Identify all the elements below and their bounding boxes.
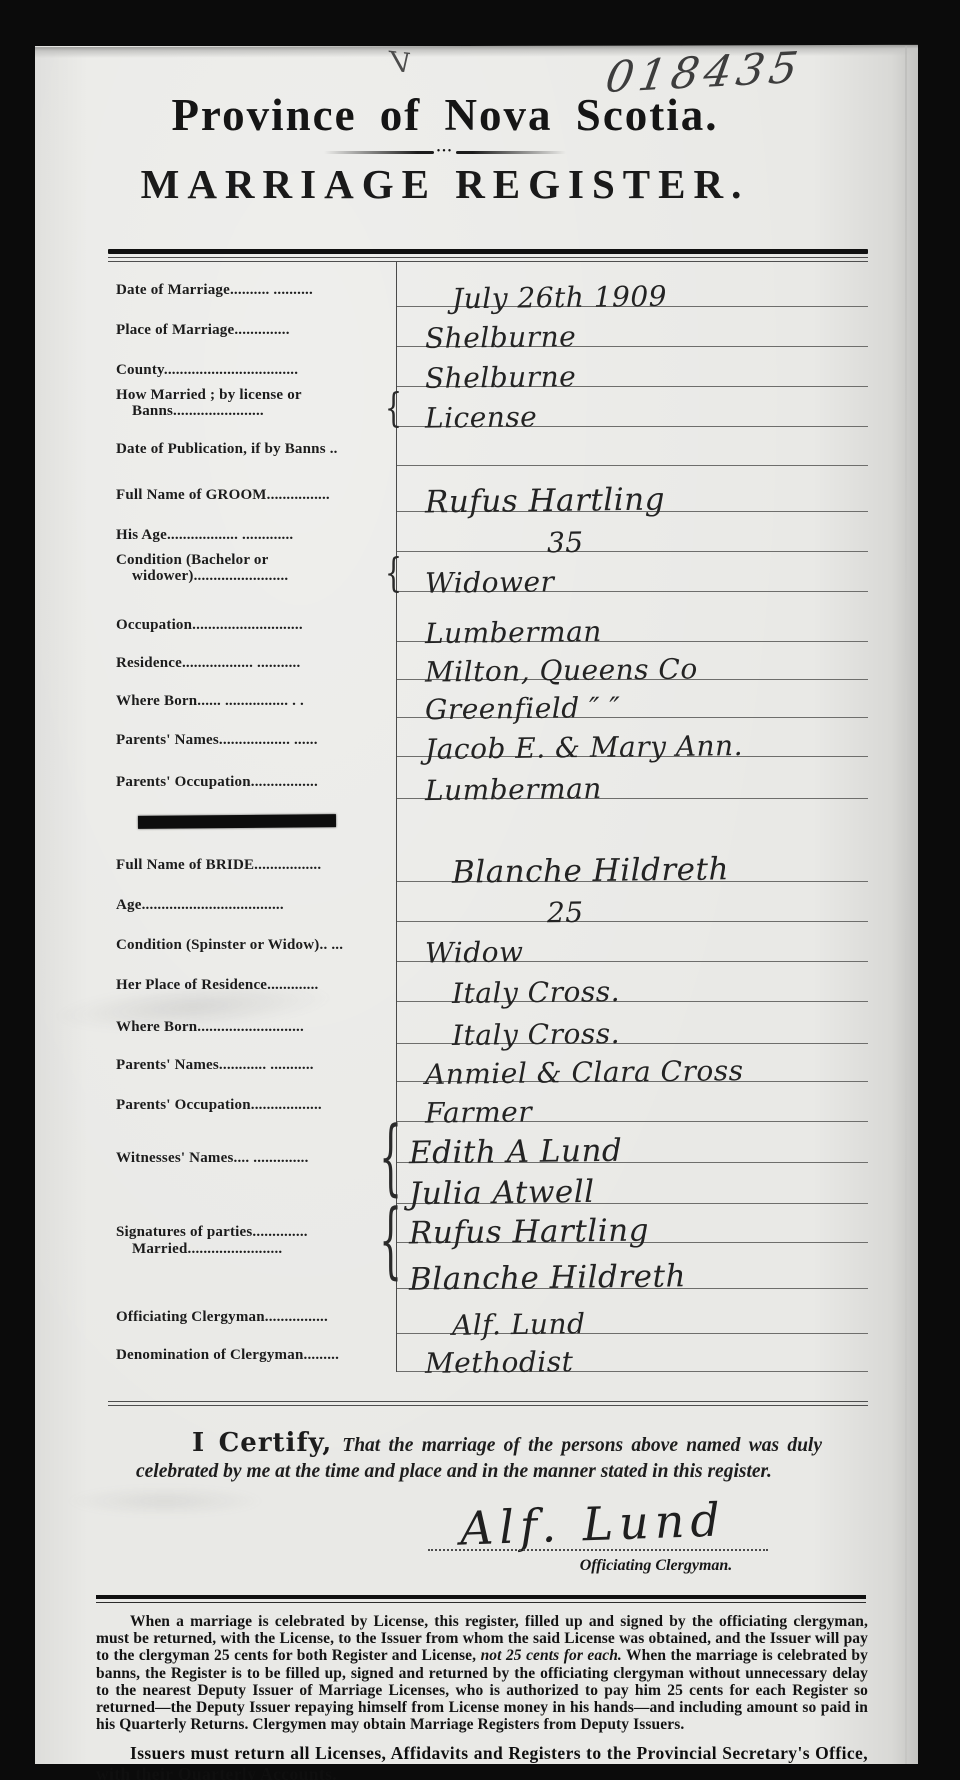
field-label: Where Born...... ................ . . <box>108 680 397 718</box>
field-label-text: Residence.................. ........... <box>116 655 384 672</box>
table-row: Full Name of GROOM................ Rufus… <box>108 466 868 512</box>
field-label: Residence.................. ........... <box>108 642 397 680</box>
paper-fold-line <box>905 46 907 1764</box>
brace-icon: { <box>385 550 402 597</box>
field-value: July 26th 1909 <box>397 262 868 307</box>
register-form: Date of Marriage.......... .......... Ju… <box>108 262 868 1398</box>
field-label-text: Where Born...... ................ . . <box>116 693 384 710</box>
writing-line: Julia Atwell <box>397 1163 868 1204</box>
field-label-text: How Married ; by license or <box>116 387 384 403</box>
field-value: Rufus Hartling Blanche Hildreth <box>397 1202 868 1287</box>
field-value: Methodist <box>397 1334 868 1372</box>
field-label-text: Parents' Names............ ........... <box>116 1057 384 1074</box>
table-row: Age.................................... … <box>108 882 868 922</box>
writing-line <box>397 427 868 466</box>
table-row: Her Place of Residence............. Ital… <box>108 962 868 1002</box>
writing-line: Shelburne <box>397 347 868 387</box>
field-label-text: Where Born........................... <box>116 1019 384 1036</box>
return-notice: Issuers must return all Licenses, Affida… <box>96 1743 868 1780</box>
field-value: Edith A Lund Julia Atwell <box>397 1122 868 1202</box>
field-label-text: Condition (Spinster or Widow).. ... <box>116 937 384 954</box>
field-value: Widower <box>397 552 868 592</box>
field-value <box>397 427 868 466</box>
table-row: Place of Marriage.............. Shelburn… <box>108 307 868 347</box>
field-value: Milton, Queens Co <box>397 642 868 680</box>
field-label: Officiating Clergyman................ <box>108 1287 397 1334</box>
field-label: Denomination of Clergyman......... <box>108 1334 397 1372</box>
field-value: Shelburne <box>397 307 868 347</box>
field-label-text: Her Place of Residence............. <box>116 977 384 994</box>
field-label: Date of Marriage.......... .......... <box>108 262 397 307</box>
table-row: Parents' Names.................. ...... … <box>108 718 868 757</box>
document-content: Province of Nova Scotia. ••• MARRIAGE RE… <box>35 46 918 1780</box>
writing-line: Blanche Hildreth <box>397 1243 868 1289</box>
field-value: Alf. Lund <box>397 1287 868 1334</box>
field-label-text: Condition (Bachelor or <box>116 552 384 568</box>
table-row: Where Born........................... It… <box>108 1002 868 1044</box>
field-label: Place of Marriage.............. <box>108 307 397 347</box>
table-row: Residence.................. ........... … <box>108 642 868 680</box>
ornamental-divider: ••• <box>315 149 575 155</box>
table-row: Witnesses' Names.... .............. { Ed… <box>108 1122 868 1202</box>
black-bar <box>138 814 336 829</box>
table-row: Condition (Spinster or Widow).. ... Wido… <box>108 922 868 962</box>
field-label-text: His Age.................. ............. <box>116 527 384 544</box>
divider-line <box>456 151 566 154</box>
page-title: MARRIAGE REGISTER. <box>108 161 782 208</box>
certification-paragraph: I Certify,That the marriage of the perso… <box>136 1430 822 1485</box>
field-label-text: Parents' Names.................. ...... <box>116 732 384 749</box>
field-label-text: County.................................. <box>116 362 384 379</box>
field-label: Witnesses' Names.... .............. { <box>108 1122 397 1202</box>
field-label-text: Witnesses' Names.... .............. <box>116 1150 384 1167</box>
instructions-emphasis: not 25 cents for each. <box>481 1647 622 1664</box>
field-value: Widow <box>397 922 868 962</box>
field-label-text: Date of Marriage.......... .......... <box>116 282 384 299</box>
field-value: 35 <box>397 512 868 552</box>
field-label: Age.................................... <box>108 882 397 922</box>
field-value <box>397 799 868 841</box>
field-label-text: Age.................................... <box>116 897 384 914</box>
divider-line <box>324 151 434 154</box>
field-label-text: Occupation............................ <box>116 617 384 634</box>
field-value: Farmer <box>397 1082 868 1122</box>
field-value: Italy Cross. <box>397 962 868 1002</box>
table-row: Officiating Clergyman................ Al… <box>108 1287 868 1334</box>
section-divider <box>108 799 397 841</box>
table-row: Occupation............................ L… <box>108 592 868 642</box>
field-label: Parents' Names............ ........... <box>108 1044 397 1082</box>
scanned-document-page: { "scan": { "check_mark": "V", "serial_n… <box>0 0 960 1780</box>
field-label-text: Parents' Occupation.................. <box>116 1097 384 1114</box>
field-label: Full Name of BRIDE................. <box>108 841 397 882</box>
section-divider-row <box>108 799 868 841</box>
table-row: His Age.................. ............. … <box>108 512 868 552</box>
writing-line: 35 <box>397 512 868 552</box>
signature-dotted-line <box>428 1549 768 1551</box>
table-row: Where Born...... ................ . . Gr… <box>108 680 868 718</box>
writing-line: Rufus Hartling <box>397 466 868 512</box>
field-label: Her Place of Residence............. <box>108 962 397 1002</box>
table-row: County..................................… <box>108 347 868 387</box>
writing-line: Lumberman <box>397 592 868 642</box>
writing-line: 25 <box>397 882 868 922</box>
field-value: 25 <box>397 882 868 922</box>
field-label: How Married ; by license or Banns.......… <box>108 387 397 427</box>
paper-sheet: V 018435 Province of Nova Scotia. ••• MA… <box>35 46 918 1764</box>
brace-icon: { <box>385 385 402 432</box>
table-row: Date of Marriage.......... .......... Ju… <box>108 262 868 307</box>
field-value: Lumberman <box>397 592 868 642</box>
writing-line: Italy Cross. <box>397 962 868 1002</box>
writing-line: Greenfield ″ ″ <box>397 680 868 718</box>
table-row: Parents' Occupation.................. Fa… <box>108 1082 868 1122</box>
writing-line: Lumberman <box>397 757 868 799</box>
writing-line: License <box>397 387 868 427</box>
field-label: Date of Publication, if by Banns .. <box>108 427 397 466</box>
writing-line: Rufus Hartling <box>397 1202 868 1243</box>
writing-line: Shelburne <box>397 307 868 347</box>
writing-line: Widower <box>397 552 868 592</box>
field-label-text: Signatures of parties.............. <box>116 1224 384 1241</box>
clergyman-signature: Alf. Lund <box>459 1492 727 1555</box>
field-value: Anmiel & Clara Cross <box>397 1044 868 1082</box>
field-label-text: Denomination of Clergyman......... <box>116 1347 384 1364</box>
field-label-text: Place of Marriage.............. <box>116 322 384 339</box>
field-label-text: Date of Publication, if by Banns .. <box>116 441 384 458</box>
field-label: Parents' Names.................. ...... <box>108 718 397 757</box>
blank-space <box>397 799 868 841</box>
field-label: Full Name of GROOM................ <box>108 466 397 512</box>
field-label: County.................................. <box>108 347 397 387</box>
table-row: Parents' Names............ ........... A… <box>108 1044 868 1082</box>
table-row: Date of Publication, if by Banns .. <box>108 427 868 466</box>
field-label-text: Banns....................... <box>116 403 384 419</box>
instructions-paragraph: When a marriage is celebrated by License… <box>96 1613 868 1733</box>
rule-heavy <box>96 1595 866 1603</box>
field-label: Condition (Spinster or Widow).. ... <box>108 922 397 962</box>
table-row: Signatures of parties.............. Marr… <box>108 1202 868 1287</box>
field-label: Condition (Bachelor or widower).........… <box>108 552 397 592</box>
field-label: Parents' Occupation................. <box>108 757 397 799</box>
rule-double <box>108 1401 868 1406</box>
field-value: Greenfield ″ ″ <box>397 680 868 718</box>
field-label: Where Born........................... <box>108 1002 397 1044</box>
field-label-text: Officiating Clergyman................ <box>116 1309 384 1326</box>
field-label-text: Full Name of BRIDE................. <box>116 857 384 874</box>
brace-icon: { <box>379 1194 402 1288</box>
field-label-text: Parents' Occupation................. <box>116 774 384 791</box>
brace-icon: { <box>379 1111 402 1205</box>
table-row: Condition (Bachelor or widower).........… <box>108 552 868 592</box>
field-value: Lumberman <box>397 757 868 799</box>
writing-line: Milton, Queens Co <box>397 642 868 680</box>
signature-block: Alf. Lund Officiating Clergyman. <box>108 1485 868 1581</box>
table-row: Full Name of BRIDE................. Blan… <box>108 841 868 882</box>
writing-line: July 26th 1909 <box>397 262 868 307</box>
rule-thick <box>108 249 868 254</box>
field-value: Jacob E. & Mary Ann. <box>397 718 868 757</box>
field-label-text: Married........................ <box>116 1241 384 1258</box>
certify-lead-in: I Certify, <box>192 1428 342 1458</box>
field-label: His Age.................. ............. <box>108 512 397 552</box>
field-value: Rufus Hartling <box>397 466 868 512</box>
writing-line: Blanche Hildreth <box>397 841 868 882</box>
field-label: Occupation............................ <box>108 592 397 642</box>
field-value: Shelburne <box>397 347 868 387</box>
field-value: Italy Cross. <box>397 1002 868 1044</box>
writing-line: Farmer <box>397 1082 868 1122</box>
table-row: Parents' Occupation................. Lum… <box>108 757 868 799</box>
field-value: License <box>397 387 868 427</box>
field-label: Parents' Occupation.................. <box>108 1082 397 1122</box>
signature-caption: Officiating Clergyman. <box>540 1557 772 1575</box>
field-label: Signatures of parties.............. Marr… <box>108 1202 397 1287</box>
writing-line: Edith A Lund <box>397 1122 868 1163</box>
table-row: Denomination of Clergyman......... Metho… <box>108 1334 868 1372</box>
writing-line: Widow <box>397 922 868 962</box>
writing-line: Anmiel & Clara Cross <box>397 1044 868 1082</box>
field-label-text: widower)........................ <box>116 568 384 584</box>
writing-line: Jacob E. & Mary Ann. <box>397 718 868 757</box>
table-row: How Married ; by license or Banns.......… <box>108 387 868 427</box>
writing-line: Alf. Lund <box>397 1287 868 1334</box>
serial-number: 018435 <box>602 43 806 103</box>
field-value: Blanche Hildreth <box>397 841 868 882</box>
divider-dots: ••• <box>434 149 457 155</box>
handwritten-value: Methodist <box>425 1348 574 1378</box>
writing-line: Italy Cross. <box>397 1002 868 1044</box>
field-label-text: Full Name of GROOM................ <box>116 487 384 504</box>
writing-line: Methodist <box>397 1334 868 1372</box>
